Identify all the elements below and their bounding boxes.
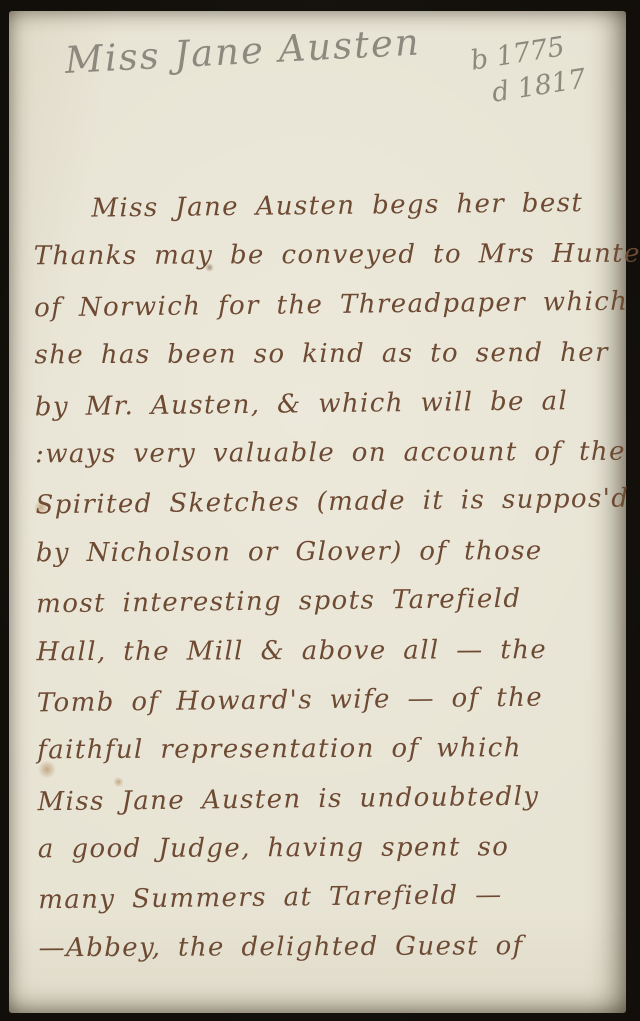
letter-line: many Summers at Tarefield — [38, 870, 624, 926]
pencil-dates: b 1775 d 1817 [468, 27, 588, 113]
fox-spot [37, 761, 57, 778]
letter-line: —Abbey, the delighted Guest of [38, 922, 623, 974]
pencil-name: Miss Jane Austen [64, 20, 422, 82]
letter-line: Thanks may be conveyed to Mrs Hunter [34, 230, 619, 282]
letter-line: faithful representation of which [37, 724, 622, 776]
letter-line: a good Judge, having spent so [38, 823, 623, 875]
letter-line: by Mr. Austen, & which will be al [35, 376, 621, 432]
letter-line: by Nicholson or Glover) of those [36, 526, 621, 578]
letter-body: Miss Jane Austen begs her best Thanks ma… [33, 180, 624, 974]
letter-line: Tomb of Howard's wife — of the [37, 673, 623, 729]
photo-frame: Miss Jane Austen b 1775 d 1817 Miss Jane… [0, 0, 640, 1021]
fox-spot [205, 263, 214, 272]
manuscript-photo: { "pencil_annotation": { "name": "Miss J… [0, 0, 640, 1021]
pencil-annotation: Miss Jane Austen b 1775 d 1817 [65, 39, 605, 105]
paper-sheet: Miss Jane Austen b 1775 d 1817 Miss Jane… [9, 11, 626, 1013]
letter-line: of Norwich for the Threadpaper which [34, 277, 620, 333]
letter-line: Hall, the Mill & above all — the [36, 625, 621, 677]
letter-line: :ways very valuable on account of the [35, 428, 620, 480]
fox-spot [113, 777, 124, 787]
fox-spot [33, 501, 49, 514]
letter-line: Miss Jane Austen begs her best [33, 179, 619, 235]
letter-line: most interesting spots Tarefield [36, 574, 622, 630]
letter-line: she has been so kind as to send her [34, 329, 619, 381]
letter-line: Spirited Sketches (made it is suppos'd [35, 475, 621, 531]
letter-line: Miss Jane Austen is undoubtedly [37, 771, 623, 827]
